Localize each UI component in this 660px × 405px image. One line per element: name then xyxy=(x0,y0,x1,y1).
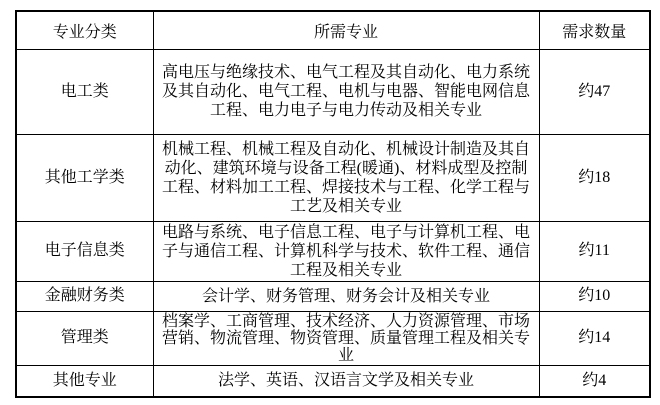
category-cell: 其他专业 xyxy=(16,365,153,397)
table-header-row: 专业分类 所需专业 需求数量 xyxy=(16,11,650,49)
majors-cell: 法学、英语、汉语言文学及相关专业 xyxy=(153,365,539,397)
header-category: 专业分类 xyxy=(16,11,153,49)
category-cell: 其他工学类 xyxy=(16,134,153,221)
majors-demand-table: 专业分类 所需专业 需求数量 电工类 高电压与绝缘技术、电气工程及其自动化、电力… xyxy=(15,10,651,398)
count-cell: 约14 xyxy=(539,311,650,365)
category-cell: 电工类 xyxy=(16,49,153,134)
category-cell: 管理类 xyxy=(16,311,153,365)
header-count: 需求数量 xyxy=(539,11,650,49)
count-cell: 约18 xyxy=(539,134,650,221)
count-cell: 约11 xyxy=(539,221,650,281)
header-majors: 所需专业 xyxy=(153,11,539,49)
category-cell: 金融财务类 xyxy=(16,281,153,311)
majors-cell: 机械工程、机械工程及自动化、机械设计制造及其自动化、建筑环境与设备工程(暖通)、… xyxy=(153,134,539,221)
table-row: 电工类 高电压与绝缘技术、电气工程及其自动化、电力系统及其自动化、电气工程、电机… xyxy=(16,49,650,134)
majors-cell: 高电压与绝缘技术、电气工程及其自动化、电力系统及其自动化、电气工程、电机与电器、… xyxy=(153,49,539,134)
table-row: 电子信息类 电路与系统、电子信息工程、电子与计算机工程、电子与通信工程、计算机科… xyxy=(16,221,650,281)
table-row: 金融财务类 会计学、财务管理、财务会计及相关专业 约10 xyxy=(16,281,650,311)
table-row: 其他工学类 机械工程、机械工程及自动化、机械设计制造及其自动化、建筑环境与设备工… xyxy=(16,134,650,221)
majors-cell: 会计学、财务管理、财务会计及相关专业 xyxy=(153,281,539,311)
count-cell: 约47 xyxy=(539,49,650,134)
count-cell: 约4 xyxy=(539,365,650,397)
count-cell: 约10 xyxy=(539,281,650,311)
category-cell: 电子信息类 xyxy=(16,221,153,281)
table-row: 管理类 档案学、工商管理、技术经济、人力资源管理、市场营销、物流管理、物资管理、… xyxy=(16,311,650,365)
document-page: 专业分类 所需专业 需求数量 电工类 高电压与绝缘技术、电气工程及其自动化、电力… xyxy=(0,0,660,405)
majors-cell: 电路与系统、电子信息工程、电子与计算机工程、电子与通信工程、计算机科学与技术、软… xyxy=(153,221,539,281)
majors-cell: 档案学、工商管理、技术经济、人力资源管理、市场营销、物流管理、物资管理、质量管理… xyxy=(153,311,539,365)
table-row: 其他专业 法学、英语、汉语言文学及相关专业 约4 xyxy=(16,365,650,397)
